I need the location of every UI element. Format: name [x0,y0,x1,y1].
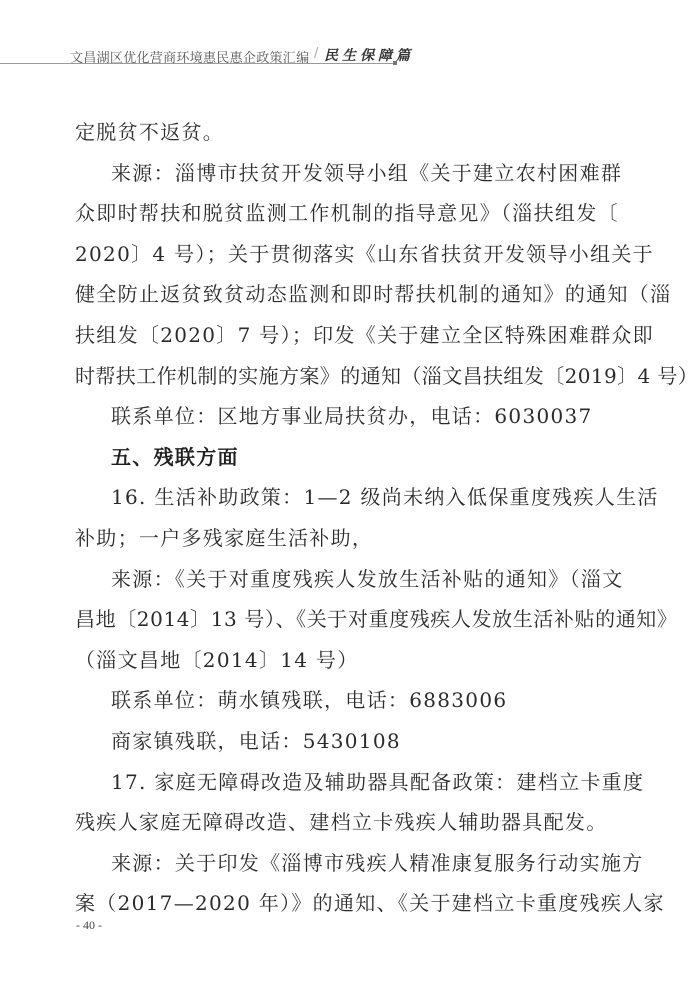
paragraph-line: 补助；一户多残家庭生活补助， [75,518,627,559]
header-rule-divider [0,63,394,64]
paragraph-line: 昌地〔2014〕13 号）、《关于对重度残疾人发放生活补贴的通知》 [75,599,627,640]
section-heading: 五、残联方面 [75,437,627,478]
paragraph-line: 残疾人家庭无障碍改造、建档立卡残疾人辅助器具配发。 [75,802,627,843]
source-line: 来源：淄博市扶贫开发领导小组《关于建立农村困难群 [75,153,627,194]
policy-item-17: 17. 家庭无障碍改造及辅助器具配备政策：建档立卡重度 [75,762,627,803]
source-line: 来源：《关于对重度残疾人发放生活补贴的通知》（淄文 [75,559,627,600]
running-header: 文昌湖区优化营商环境惠民惠企政策汇编 / 民生保障篇 [0,44,400,66]
source-line: 来源：关于印发《淄博市残疾人精准康复服务行动实施方 [75,843,627,884]
page-number: - 40 - [76,918,102,933]
paragraph-line: 定脱贫不返贫。 [75,112,627,153]
policy-item-16: 16. 生活补助政策：1—2 级尚未纳入低保重度残疾人生活 [75,477,627,518]
contact-line: 商家镇残联，电话：5430108 [75,721,627,762]
header-rule-end-marker [393,61,397,65]
paragraph-line: 扶组发〔2020〕7 号）；印发《关于建立全区特殊困难群众即 [75,315,627,356]
paragraph-line: 众即时帮扶和脱贫监测工作机制的指导意见》（淄扶组发〔 [75,193,627,234]
paragraph-line: 案（2017—2020 年）》的通知、《关于建档立卡重度残疾人家 [75,883,627,924]
contact-line: 联系单位：萌水镇残联，电话：6883006 [75,680,627,721]
section-title: 民生保障篇 [324,45,414,65]
page-body: 定脱贫不返贫。 来源：淄博市扶贫开发领导小组《关于建立农村困难群 众即时帮扶和脱… [75,112,627,924]
paragraph-line: 时帮扶工作机制的实施方案》的通知（淄文昌扶组发〔2019〕4 号） [75,356,627,397]
paragraph-line: 2020〕4 号）；关于贯彻落实《山东省扶贫开发领导小组关于 [75,234,627,275]
paragraph-line: （淄文昌地〔2014〕14 号） [75,640,627,681]
paragraph-line: 健全防止返贫致贫动态监测和即时帮扶机制的通知》的通知（淄 [75,274,627,315]
header-separator: / [314,46,318,61]
contact-line: 联系单位：区地方事业局扶贫办，电话：6030037 [75,396,627,437]
